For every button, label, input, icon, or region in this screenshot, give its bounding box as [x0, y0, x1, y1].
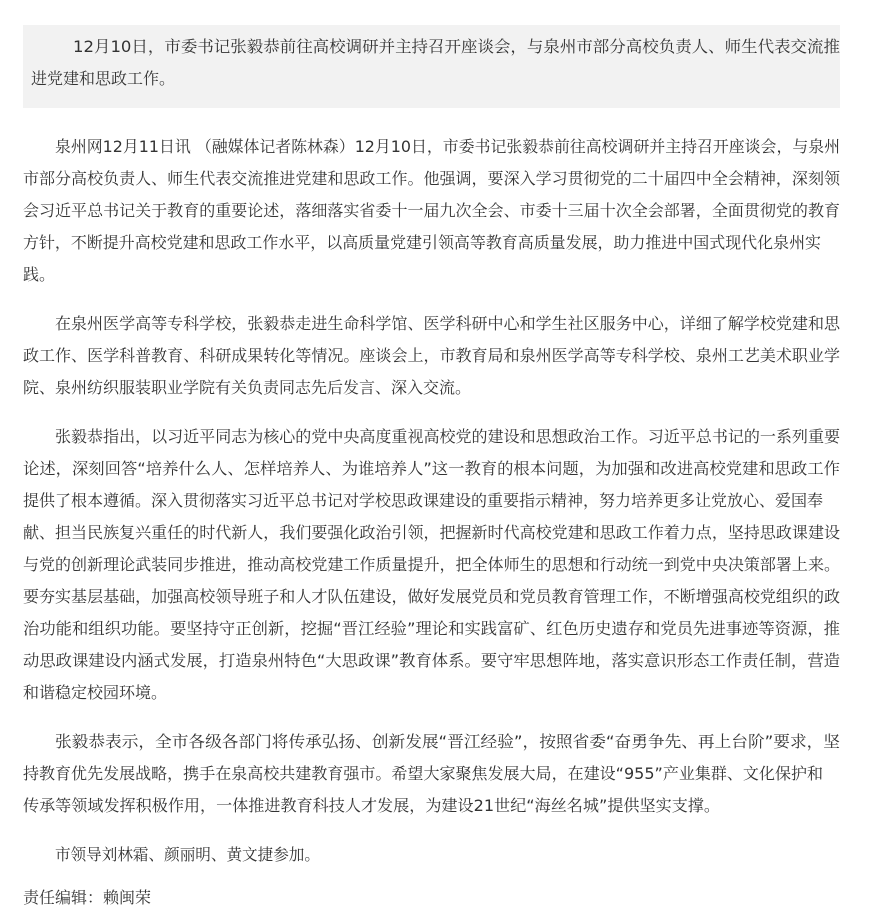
text-line: 提供了根本遵循。深入贯彻落实习近平总书记对学校思政课建设的重要指示精神，努力培养…	[23, 485, 840, 517]
article-body: 泉州网12月11日讯 （融媒体记者陈林森）12月10日，市委书记张毅恭前往高校调…	[23, 131, 840, 871]
text-line: 与党的创新理论武装同步推进，推动高校党建工作质量提升，把全体师生的思想和行动统一…	[23, 549, 840, 581]
editor-label: 责任编辑：	[23, 888, 103, 907]
paragraph-attendees: 市领导刘林霜、颜丽明、黄文捷参加。	[23, 839, 840, 871]
text-line: 院、泉州纺织服装职业学院有关负责同志先后发言、深入交流。	[23, 372, 840, 404]
text-line: 泉州网12月11日讯 （融媒体记者陈林森）12月10日，市委书记张毅恭前往高校调…	[23, 131, 840, 163]
text-line: 治功能和组织功能。要坚持守正创新，挖掘“晋江经验”理论和实践富矿、红色历史遗存和…	[23, 613, 840, 645]
paragraph-visit: 在泉州医学高等专科学校，张毅恭走进生命科学馆、医学科研中心和学生社区服务中心，详…	[23, 308, 840, 404]
text-line: 市领导刘林霜、颜丽明、黄文捷参加。	[23, 839, 840, 871]
paragraph-remarks: 张毅恭指出，以习近平同志为核心的党中央高度重视高校党的建设和思想政治工作。习近平…	[23, 421, 840, 709]
text-line: 张毅恭表示，全市各级各部门将传承弘扬、创新发展“晋江经验”，按照省委“奋勇争先、…	[23, 726, 840, 758]
text-line: 要夯实基层基础，加强高校领导班子和人才队伍建设，做好发展党员和党员教育管理工作，…	[23, 581, 840, 613]
text-line: 论述，深刻回答“培养什么人、怎样培养人、为谁培养人”这一教育的根本问题，为加强和…	[23, 453, 840, 485]
text-line: 方针，不断提升高校党建和思政工作水平，以高质量党建引领高等教育高质量发展，助力推…	[23, 227, 840, 259]
article-summary-box: 12月10日，市委书记张毅恭前往高校调研并主持召开座谈会，与泉州市部分高校负责人…	[23, 25, 840, 108]
paragraph-statement: 张毅恭表示，全市各级各部门将传承弘扬、创新发展“晋江经验”，按照省委“奋勇争先、…	[23, 726, 840, 822]
summary-line: 12月10日，市委书记张毅恭前往高校调研并主持召开座谈会，与泉州市部分高校负责人…	[23, 31, 840, 63]
text-line: 践。	[23, 259, 840, 291]
text-line: 会习近平总书记关于教育的重要论述，落细落实省委十一届九次全会、市委十三届十次全会…	[23, 195, 840, 227]
text-line: 献、担当民族复兴重任的时代新人，我们要强化政治引领，把握新时代高校党建和思政工作…	[23, 517, 840, 549]
text-line: 持教育优先发展战略，携手在泉高校共建教育强市。希望大家聚焦发展大局，在建设“95…	[23, 758, 840, 790]
article: 12月10日，市委书记张毅恭前往高校调研并主持召开座谈会，与泉州市部分高校负责人…	[23, 25, 840, 888]
paragraph-lead: 泉州网12月11日讯 （融媒体记者陈林森）12月10日，市委书记张毅恭前往高校调…	[23, 131, 840, 291]
responsible-editor: 责任编辑：赖闽荣	[23, 882, 151, 914]
text-line: 市部分高校负责人、师生代表交流推进党建和思政工作。他强调，要深入学习贯彻党的二十…	[23, 163, 840, 195]
text-line: 张毅恭指出，以习近平同志为核心的党中央高度重视高校党的建设和思想政治工作。习近平…	[23, 421, 840, 453]
editor-name: 赖闽荣	[103, 888, 151, 907]
text-line: 传承等领域发挥积极作用，一体推进教育科技人才发展，为建设21世纪“海丝名城”提供…	[23, 790, 840, 822]
text-line: 政工作、医学科普教育、科研成果转化等情况。座谈会上，市教育局和泉州医学高等专科学…	[23, 340, 840, 372]
text-line: 动思政课建设内涵式发展，打造泉州特色“大思政课”教育体系。要守牢思想阵地，落实意…	[23, 645, 840, 677]
summary-line: 进党建和思政工作。	[23, 63, 840, 95]
text-line: 和谐稳定校园环境。	[23, 677, 840, 709]
text-line: 在泉州医学高等专科学校，张毅恭走进生命科学馆、医学科研中心和学生社区服务中心，详…	[23, 308, 840, 340]
